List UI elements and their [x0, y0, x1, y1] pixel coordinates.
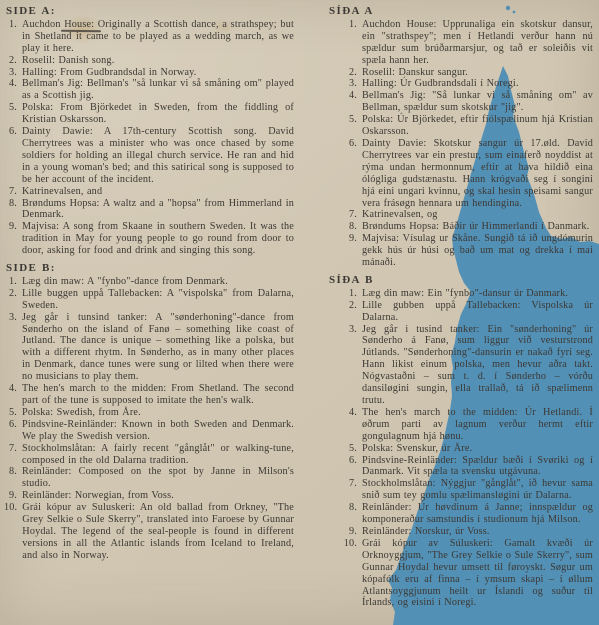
track-number: 1. — [327, 19, 362, 31]
track-description: The hen's march to the midden: Úr Hetlan… — [362, 407, 593, 443]
track-item: 3.Halling: From Gudbrandsdal in Norway. — [4, 67, 294, 79]
track-number: 7. — [4, 443, 22, 455]
track-description: Jeg går i tunsind tanker: A "sønderhonin… — [22, 312, 294, 383]
track-item: 1.Auchdon House: Upprunaliga ein skotsku… — [327, 19, 593, 67]
section-side-a: SIDE A:1.Auchdon House: Originally a Sco… — [4, 6, 294, 257]
track-number: 4. — [327, 407, 362, 419]
track-number: 5. — [4, 407, 22, 419]
track-description: Auchdon House: Originally a Scottish dan… — [22, 19, 294, 55]
track-description: Stockholmslåtan: Nýggjur "gånglåt", ið h… — [362, 478, 593, 502]
track-item: 4.The hen's march to the midden: From Sh… — [4, 383, 294, 407]
section-sida-b: SÍÐA B1.Læg din maw: Ein "fynbo"-dansur … — [327, 275, 593, 609]
column-english: SIDE A:1.Auchdon House: Originally a Sco… — [4, 6, 294, 562]
track-description: Polska: Úr Björkedet, eftir fiólspælinum… — [362, 114, 593, 138]
track-item: 10.Grái kópur av Súluskeri: Gamalt kvæði… — [327, 538, 593, 609]
track-description: Majvisa: Vísulag ur Skåne. Sungið tá ið … — [362, 233, 593, 269]
track-number: 6. — [327, 455, 362, 467]
track-description: Stockholmslåtan: A fairly recent "gånglå… — [22, 443, 294, 467]
track-item: 3.Jeg går i tusind tanker: Ein "sønderho… — [327, 324, 593, 407]
track-number: 2. — [327, 300, 362, 312]
track-item: 7.Stockholmslåtan: A fairly recent "gång… — [4, 443, 294, 467]
track-description: Majvisa: A song from Skaane in southern … — [22, 221, 294, 257]
track-item: 1.Læg din maw: A "fynbo"-dance from Denm… — [4, 276, 294, 288]
track-item: 4.Bellman's Jig: "Så lunkar vi så smånin… — [327, 90, 593, 114]
track-item: 3.Halling: Úr Gudbrandsdali í Noregi. — [327, 78, 593, 90]
section-side-b: SIDE B:1.Læg din maw: A "fynbo"-dance fr… — [4, 263, 294, 562]
track-item: 6.Pindsvine-Reinländer: Known in both Sw… — [4, 419, 294, 443]
track-number: 10. — [327, 538, 362, 550]
track-item: 6.Dainty Davie: Skotskur sangur úr 17.øl… — [327, 138, 593, 209]
track-item: 9.Majvisa: A song from Skaane in souther… — [4, 221, 294, 257]
track-description: Bellman's Jig: "Så lunkar vi så småning … — [362, 90, 593, 114]
section-header-sida-b: SÍÐA B — [327, 275, 593, 287]
track-number: 1. — [4, 19, 22, 31]
track-item: 8.Brøndums Hopsa: Báðir úr Himmerlandi í… — [327, 221, 593, 233]
track-item: 7.Katrinevalsen, and — [4, 186, 294, 198]
track-item: 3.Jeg går i tunsind tanker: A "sønderhon… — [4, 312, 294, 383]
track-number: 7. — [327, 478, 362, 490]
track-number: 9. — [4, 490, 22, 502]
track-description: Brøndums Hopsa: A waltz and a "hopsa" fr… — [22, 198, 294, 222]
track-description: The hen's march to the midden: From Shet… — [22, 383, 294, 407]
track-item: 5.Polska: Swedish, from Åre. — [4, 407, 294, 419]
track-item: 4.Bellman's Jig: Bellman's "så lunkar vi… — [4, 78, 294, 102]
track-item: 7.Stockholmslåtan: Nýggjur "gånglåt", ið… — [327, 478, 593, 502]
track-number: 6. — [4, 419, 22, 431]
track-description: Pindsvine-Reinländer: Spældur bæði í Svø… — [362, 455, 593, 479]
track-number: 3. — [327, 78, 362, 90]
track-item: 9.Reinländer: Norwegian, from Voss. — [4, 490, 294, 502]
track-description: Dainty Dawie: A 17th-century Scottish so… — [22, 126, 294, 186]
track-number: 3. — [4, 312, 22, 324]
track-item: 7.Katrinevalsen, og — [327, 209, 593, 221]
track-description: Dainty Davie: Skotskur sangur úr 17.øld.… — [362, 138, 593, 209]
track-number: 7. — [4, 186, 22, 198]
section-header-side-a: SIDE A: — [4, 6, 294, 18]
section-header-side-b: SIDE B: — [4, 263, 294, 275]
track-description: Brøndums Hopsa: Báðir úr Himmerlandi í D… — [362, 221, 593, 233]
track-description: Halling: Úr Gudbrandsdali í Noregi. — [362, 78, 593, 90]
track-item: 4.The hen's march to the midden: Úr Hetl… — [327, 407, 593, 443]
track-number: 8. — [327, 502, 362, 514]
track-item: 8.Reinländer: Úr høvdinum á Janne; innsp… — [327, 502, 593, 526]
track-number: 5. — [327, 114, 362, 126]
track-number: 9. — [4, 221, 22, 233]
track-item: 8.Brøndums Hopsa: A waltz and a "hopsa" … — [4, 198, 294, 222]
column-faroese: SÍÐA A1.Auchdon House: Upprunaliga ein s… — [327, 6, 593, 609]
track-description: Reinländer: Norskur, úr Voss. — [362, 526, 593, 538]
track-number: 2. — [4, 55, 22, 67]
track-description: Reinländer: Composed on the spot by Jann… — [22, 466, 294, 490]
track-number: 5. — [327, 443, 362, 455]
track-item: 5.Polska: Úr Björkedet, eftir fiólspælin… — [327, 114, 593, 138]
track-number: 5. — [4, 102, 22, 114]
track-number: 6. — [4, 126, 22, 138]
track-item: 6.Pindsvine-Reinländer: Spældur bæði í S… — [327, 455, 593, 479]
track-number: 8. — [327, 221, 362, 233]
track-description: Læg din maw: Ein "fynbo"-dansur úr Danma… — [362, 288, 593, 300]
track-description: Roselil: Danish song. — [22, 55, 294, 67]
track-description: Grái kópur av Súluskeri: Gamalt kvæði úr… — [362, 538, 593, 609]
track-number: 1. — [327, 288, 362, 300]
track-description: Katrinevalsen, og — [362, 209, 593, 221]
track-description: Læg din maw: A "fynbo"-dance from Denmar… — [22, 276, 294, 288]
track-description: Reinländer: Norwegian, from Voss. — [22, 490, 294, 502]
track-number: 2. — [4, 288, 22, 300]
track-description: Pindsvine-Reinländer: Known in both Swed… — [22, 419, 294, 443]
track-description: Katrinevalsen, and — [22, 186, 294, 198]
track-description: Polska: Swedish, from Åre. — [22, 407, 294, 419]
track-number: 7. — [327, 209, 362, 221]
track-item: 2.Lille buggen uppå Tallebacken: A "visp… — [4, 288, 294, 312]
track-description: Bellman's Jig: Bellman's "så lunkar vi s… — [22, 78, 294, 102]
section-header-sida-a: SÍÐA A — [327, 6, 593, 18]
track-item: 5.Polska: From Björkedet in Sweden, from… — [4, 102, 294, 126]
track-item: 1.Auchdon House: Originally a Scottish d… — [4, 19, 294, 55]
track-description: Halling: From Gudbrandsdal in Norway. — [22, 67, 294, 79]
track-item: 8.Reinländer: Composed on the spot by Ja… — [4, 466, 294, 490]
track-description: Lille gubben uppå Tallebacken: Vispolska… — [362, 300, 593, 324]
track-item: 10.Grái kópur av Suluskeri: An old balla… — [4, 502, 294, 562]
track-number: 3. — [327, 324, 362, 336]
track-item: 5.Polska: Svenskur, úr Åre. — [327, 443, 593, 455]
track-item: 9.Reinländer: Norskur, úr Voss. — [327, 526, 593, 538]
track-description: Jeg går i tusind tanker: Ein "sønderhoni… — [362, 324, 593, 407]
track-number: 10. — [4, 502, 22, 514]
track-item: 2.Roselil: Danskur sangur. — [327, 67, 593, 79]
track-item: 2.Roselil: Danish song. — [4, 55, 294, 67]
track-description: Polska: Svenskur, úr Åre. — [362, 443, 593, 455]
track-number: 3. — [4, 67, 22, 79]
track-description: Auchdon House: Upprunaliga ein skotskur … — [362, 19, 593, 67]
track-number: 4. — [327, 90, 362, 102]
track-item: 1.Læg din maw: Ein "fynbo"-dansur úr Dan… — [327, 288, 593, 300]
track-description: Grái kópur av Suluskeri: An old ballad f… — [22, 502, 294, 562]
track-item: 2.Lille gubben uppå Tallebacken: Vispols… — [327, 300, 593, 324]
track-number: 6. — [327, 138, 362, 150]
track-description: Lille buggen uppå Tallebacken: A "vispol… — [22, 288, 294, 312]
track-number: 1. — [4, 276, 22, 288]
track-number: 9. — [327, 526, 362, 538]
album-back-cover: SIDE A:1.Auchdon House: Originally a Sco… — [0, 0, 599, 625]
track-number: 2. — [327, 67, 362, 79]
track-number: 8. — [4, 198, 22, 210]
track-item: 9.Majvisa: Vísulag ur Skåne. Sungið tá i… — [327, 233, 593, 269]
track-item: 6.Dainty Dawie: A 17th-century Scottish … — [4, 126, 294, 186]
track-description: Reinländer: Úr høvdinum á Janne; innspæl… — [362, 502, 593, 526]
track-description: Polska: From Björkedet in Sweden, from t… — [22, 102, 294, 126]
track-number: 4. — [4, 383, 22, 395]
section-sida-a: SÍÐA A1.Auchdon House: Upprunaliga ein s… — [327, 6, 593, 269]
track-number: 9. — [327, 233, 362, 245]
track-number: 8. — [4, 466, 22, 478]
track-description: Roselil: Danskur sangur. — [362, 67, 593, 79]
track-number: 4. — [4, 78, 22, 90]
